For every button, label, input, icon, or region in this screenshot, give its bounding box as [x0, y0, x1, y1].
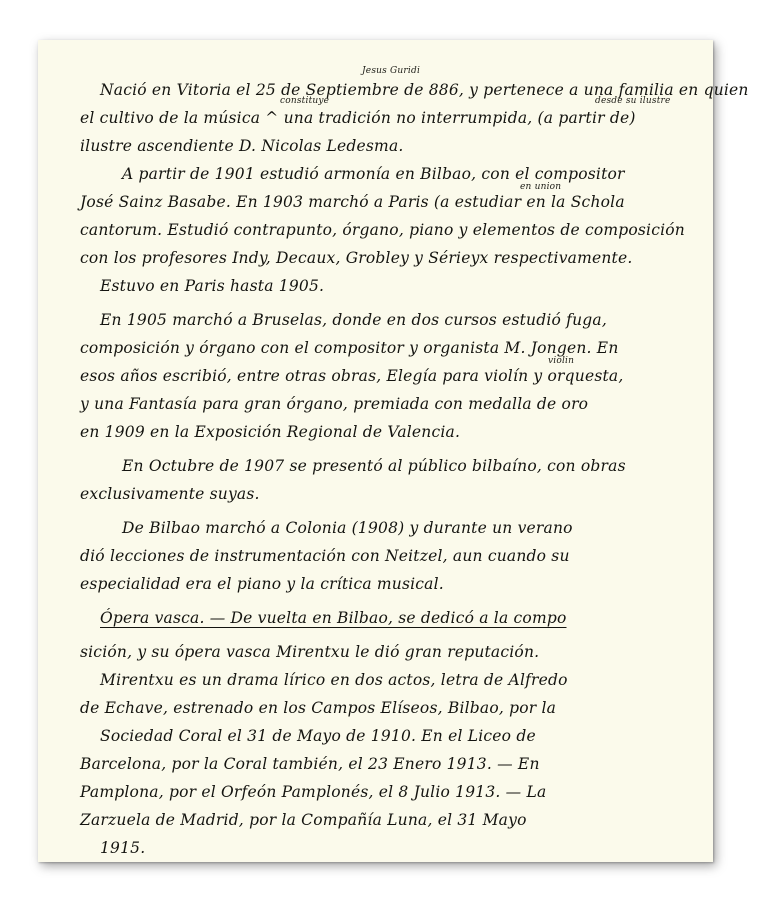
manuscript-line-19: Ópera vasca. — De vuelta en Bilbao, se d…: [80, 604, 680, 632]
manuscript-line-18: especialidad era el piano y la crítica m…: [80, 570, 680, 598]
manuscript-line-24: Barcelona, por la Coral también, el 23 E…: [80, 750, 680, 778]
manuscript-line-8: Estuvo en Paris hasta 1905.: [80, 272, 680, 300]
manuscript-line-2: constituye desde su ilustre el cultivo d…: [80, 104, 680, 132]
manuscript-line-26: Zarzuela de Madrid, por la Compañía Luna…: [80, 806, 680, 834]
manuscript-line-25: Pamplona, por el Orfeón Pamplonés, el 8 …: [80, 778, 680, 806]
manuscript-line-27: 1915.: [80, 834, 680, 862]
section-heading-opera-vasca: Ópera vasca. — De vuelta en Bilbao, se d…: [100, 609, 567, 627]
manuscript-line-12: y una Fantasía para gran órgano, premiad…: [80, 390, 680, 418]
manuscript-line-11: violin esos años escribió, entre otras o…: [80, 362, 680, 390]
manuscript-line-22: de Echave, estrenado en los Campos Elíse…: [80, 694, 680, 722]
manuscript-line-4: A partir de 1901 estudió armonía en Bilb…: [80, 160, 680, 188]
manuscript-line-15: exclusivamente suyas.: [80, 480, 680, 508]
manuscript-line-5: en union José Sainz Basabe. En 1903 marc…: [80, 188, 680, 216]
handwritten-text-block: Jesus Guridi Nació en Vitoria el 25 de S…: [80, 76, 680, 862]
manuscript-line-14: En Octubre de 1907 se presentó al públic…: [80, 452, 680, 480]
manuscript-line-6: cantorum. Estudió contrapunto, órgano, p…: [80, 216, 680, 244]
manuscript-line-13: en 1909 en la Exposición Regional de Val…: [80, 418, 680, 446]
manuscript-page: Jesus Guridi Nació en Vitoria el 25 de S…: [38, 40, 713, 862]
manuscript-line-23: Sociedad Coral el 31 de Mayo de 1910. En…: [80, 722, 680, 750]
manuscript-line-21: Mirentxu es un drama lírico en dos actos…: [80, 666, 680, 694]
manuscript-line-1: Jesus Guridi Nació en Vitoria el 25 de S…: [80, 76, 680, 104]
annotation-right: desde su ilustre: [595, 96, 671, 106]
manuscript-line-20: sición, y su ópera vasca Mirentxu le dió…: [80, 638, 680, 666]
manuscript-line-9: En 1905 marchó a Bruselas, donde en dos …: [80, 306, 680, 334]
manuscript-line-3: ilustre ascendiente D. Nicolas Ledesma.: [80, 132, 680, 160]
annotation-en-union: en union: [520, 182, 561, 192]
annotation-insert: constituye: [280, 96, 329, 106]
manuscript-line-16: De Bilbao marchó a Colonia (1908) y dura…: [80, 514, 680, 542]
annotation-violin: violin: [548, 356, 574, 366]
manuscript-line-17: dió lecciones de instrumentación con Nei…: [80, 542, 680, 570]
manuscript-line-7: con los profesores Indy, Decaux, Grobley…: [80, 244, 680, 272]
manuscript-line-10: composición y órgano con el compositor y…: [80, 334, 680, 362]
annotation-name: Jesus Guridi: [362, 66, 420, 76]
